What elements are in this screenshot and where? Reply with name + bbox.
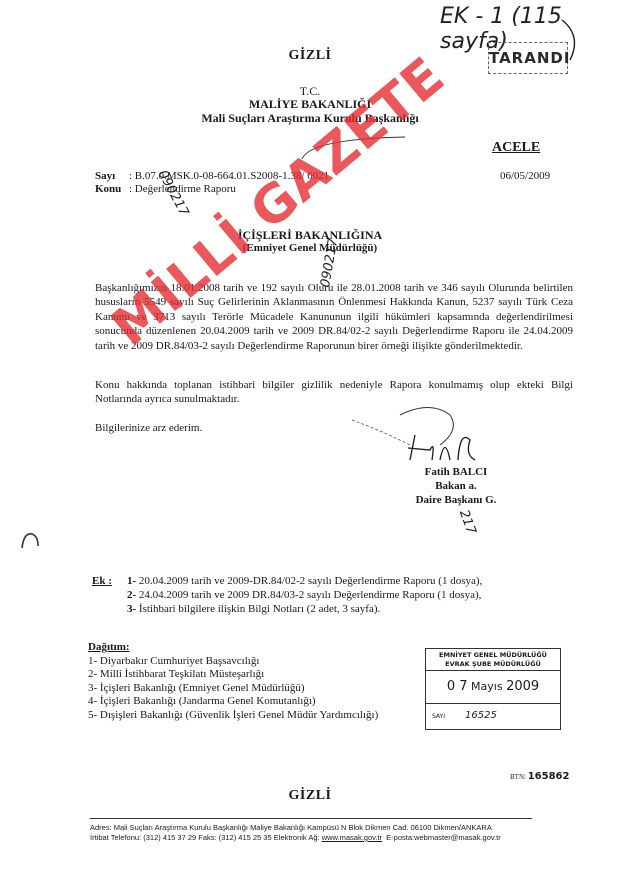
konu-label: Konu [95,183,129,195]
footer-email[interactable]: E-posta:webmaster@masak.gov.tr [386,833,501,842]
attachment-number: 1- [127,575,136,587]
attachment-number: 3- [127,603,136,615]
distribution-item: 3- İçişleri Bakanlığı (Emniyet Genel Müd… [88,682,378,696]
footer-divider [90,818,532,819]
attachment-item: 1- 20.04.2009 tarih ve 2009-DR.84/02-2 s… [127,574,547,588]
receipt-stamp-number: SAYI16525 [426,704,560,728]
receipt-stamp: EMNİYET GENEL MÜDÜRLÜĞÜ EVRAK ŞUBE MÜDÜR… [425,648,561,730]
sayi-label: Sayı [95,170,129,182]
signatory-title-2: Daire Başkanı G. [396,493,516,507]
attachment-number: 2- [127,589,136,601]
distribution-item: 4- İçişleri Bakanlığı (Jandarma Genel Ko… [88,695,378,709]
attachment-text: 20.04.2009 tarih ve 2009-DR.84/02-2 sayı… [136,575,482,587]
punch-hole-mark [18,530,42,552]
attachments-list: 1- 20.04.2009 tarih ve 2009-DR.84/02-2 s… [127,574,547,616]
attachments-label: Ek : [92,574,112,588]
receipt-sayi-label: SAYI [432,713,445,720]
addressee-title: İÇİŞLERİ BAKANLIĞINA [0,228,620,243]
attachment-item: 3- İstihbari bilgilere ilişkin Bilgi Not… [127,602,547,616]
classification-top: GİZLİ [0,48,620,64]
receipt-month: Mayıs [471,680,503,693]
footer-contact: İrtibat Telefonu: (312) 415 37 29 Faks: … [90,833,540,842]
receipt-sayi-value: 16525 [465,710,497,721]
urgency-label: ACELE [492,140,540,156]
distribution-item: 5- Dışişleri Bakanlığı (Güvenlik İşleri … [88,709,378,723]
konu-value: : Değerlendirme Raporu [129,183,236,195]
document-date: 06/05/2009 [500,170,550,182]
btn-value: 165862 [528,771,570,782]
signatory-title-1: Bakan a. [396,479,516,493]
footer-phone-fax: İrtibat Telefonu: (312) 415 37 29 Faks: … [90,833,322,842]
attachment-item: 2- 24.04.2009 tarih ve 2009 DR.84/03-2 s… [127,588,547,602]
distribution-section: Dağıtım: 1- Diyarbakır Cumhuriyet Başsav… [88,641,378,722]
receipt-year: 2009 [506,679,539,694]
header-ministry: MALİYE BAKANLIĞI [0,97,620,112]
distribution-item: 1- Diyarbakır Cumhuriyet Başsavcılığı [88,655,378,669]
header-department: Mali Suçları Araştırma Kurulu Başkanlığı [0,111,620,126]
receipt-stamp-line-1: EMNİYET GENEL MÜDÜRLÜĞÜ [426,651,560,660]
classification-bottom: GİZLİ [0,788,620,804]
signatory-name: Fatih BALCI [396,465,516,479]
attachment-text: İstihbari bilgilere ilişkin Bilgi Notlar… [136,603,380,615]
footer-website-link[interactable]: www.masak.gov.tr [322,833,382,842]
distribution-title: Dağıtım: [88,641,378,655]
distribution-item: 2- Milli İstihbarat Teşkilatı Müsteşarlı… [88,668,378,682]
handwritten-number-signature: 217 [456,508,479,536]
receipt-stamp-date: 0 7 Mayıs 2009 [426,671,560,704]
receipt-stamp-line-2: EVRAK ŞUBE MÜDÜRLÜĞÜ [426,660,560,669]
addressee-subtitle: (Emniyet Genel Müdürlüğü) [0,242,620,254]
btn-number: BTN: 165862 [510,771,569,782]
attachments-section: Ek : 1- 20.04.2009 tarih ve 2009-DR.84/0… [92,574,562,618]
receipt-stamp-header: EMNİYET GENEL MÜDÜRLÜĞÜ EVRAK ŞUBE MÜDÜR… [426,649,560,671]
attachment-text: 24.04.2009 tarih ve 2009 DR.84/03-2 sayı… [136,589,481,601]
btn-label: BTN: [510,773,526,781]
footer-address: Adres: Mali Suçları Araştırma Kurulu Baş… [90,823,540,832]
receipt-day: 0 7 [447,679,468,694]
